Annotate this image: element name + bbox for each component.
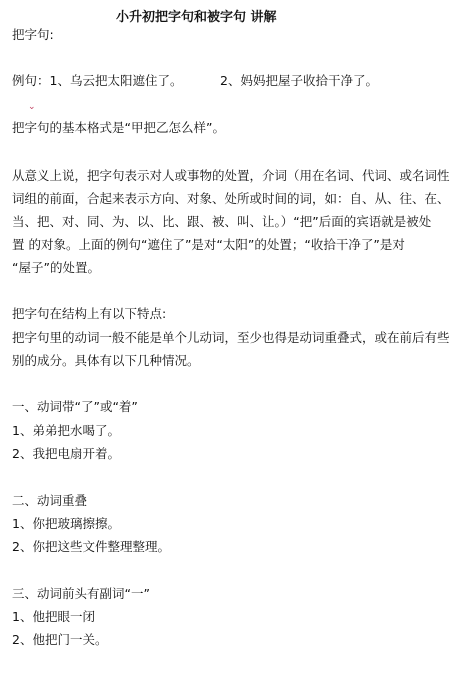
case-2-heading: 二、动词重叠 [12,493,87,509]
meaning-line-3: 当、把、对、同、为、以、比、跟、被、叫、让。）“把”后面的宾语就是被处 [12,214,431,230]
meaning-line-2: 词组的前面，合起来表示方向、对象、处所或时间的词，如：自、从、往、在、 [12,191,450,207]
case-3-heading: 三、动词前头有副词“一” [12,586,150,602]
document-title: 小升初把字句和被字句 讲解 [116,6,277,25]
structure-line-2: 别的成分。具体有以下几种情况。 [12,353,200,369]
example-sentence-1: 例句：1、乌云把太阳遮住了。 [12,73,182,89]
case-1-example-1: 1、弟弟把水喝了。 [12,423,120,439]
structure-heading: 把字句在结构上有以下特点: [12,306,166,322]
case-3-example-2: 2、他把门一关。 [12,632,107,648]
section-label: 把字句: [12,27,54,43]
example-sentence-2: 2、妈妈把屋子收拾干净了。 [220,73,378,89]
case-3-example-1: 1、他把眼一闭 [12,609,95,625]
meaning-line-4: 置 的对象。上面的例句“遮住了”是对“太阳”的处置；“收拾干净了”是对 [12,237,405,253]
red-check-mark-icon: ⌄ [28,103,36,112]
case-1-heading: 一、动词带“了”或“着” [12,399,138,415]
case-1-example-2: 2、我把电扇开着。 [12,446,120,462]
basic-format-text: 把字句的基本格式是“甲把乙怎么样”。 [12,120,225,136]
case-2-example-1: 1、你把玻璃擦擦。 [12,516,120,532]
meaning-line-1: 从意义上说，把字句表示对人或事物的处置，介词（用在名词、代词、或名词性 [12,168,450,184]
structure-line-1: 把字句里的动词一般不能是单个儿动词，至少也得是动词重叠式，或在前后有些 [12,330,450,346]
meaning-line-5: “屋子”的处置。 [12,260,100,276]
case-2-example-2: 2、你把这些文件整理整理。 [12,539,170,555]
